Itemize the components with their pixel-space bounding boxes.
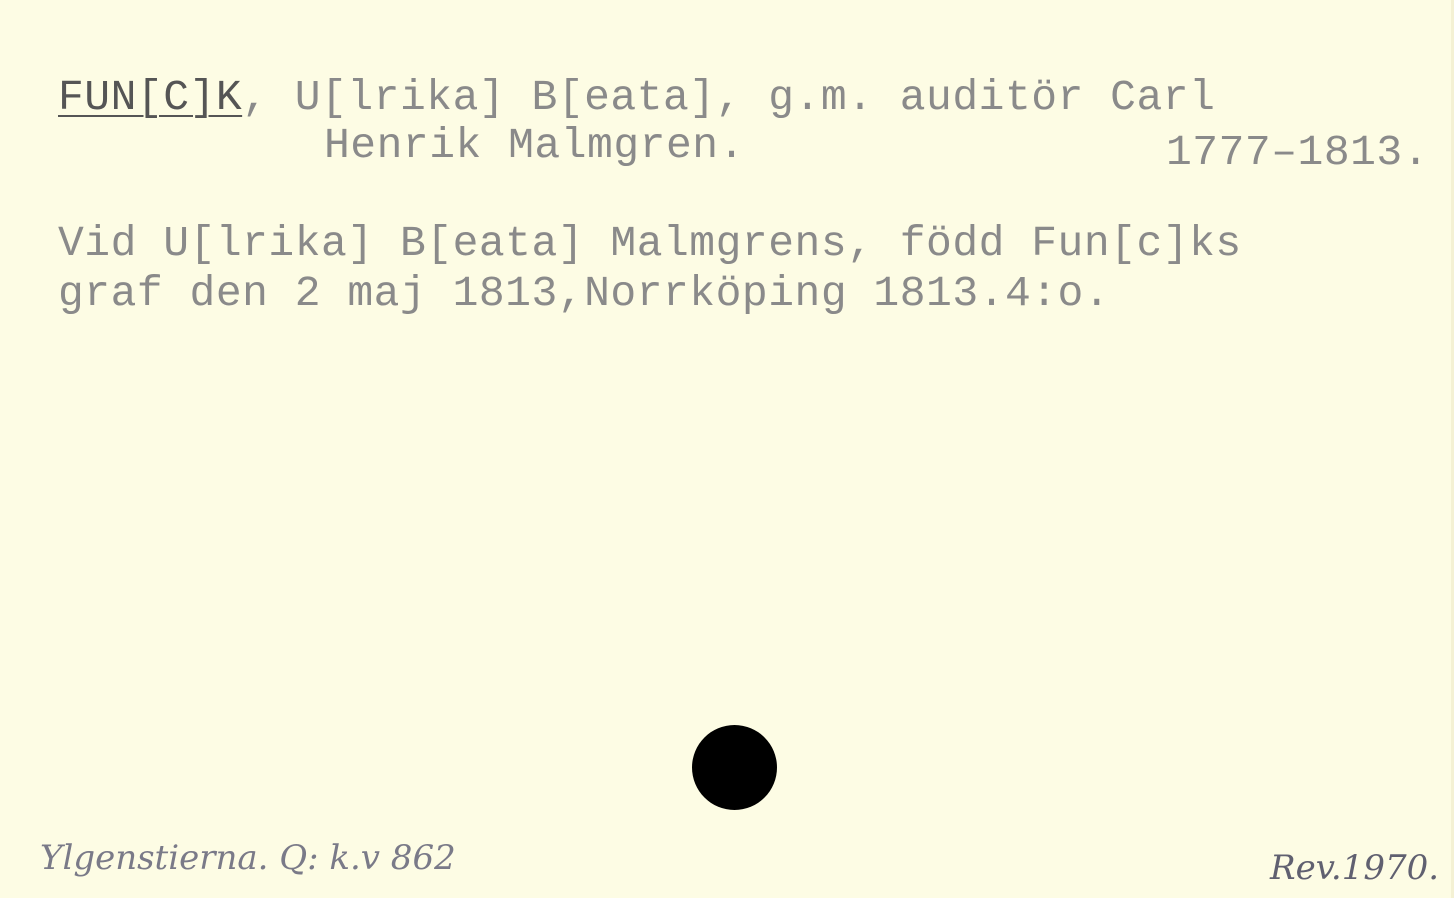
punch-hole (692, 725, 777, 810)
surname: FUN[C]K (58, 73, 242, 122)
spouse-name: Henrik Malmgren. (324, 121, 745, 170)
handwritten-revision: Rev.1970. (1270, 848, 1439, 888)
body-line-1: Vid U[lrika] B[eata] Malmgrens, född Fun… (58, 222, 1242, 265)
life-dates: 1777–1813. (1166, 131, 1429, 174)
catalog-card: FUN[C]K, U[lrika] B[eata], g.m. auditör … (0, 0, 1454, 898)
heading-line-2: Henrik Malmgren. (324, 124, 745, 167)
heading-given-names: , U[lrika] B[eata], g.m. auditör Carl (242, 73, 1215, 122)
handwritten-reference: Ylgenstierna. Q: k.v 862 (40, 838, 456, 878)
body-line-2: graf den 2 maj 1813,Norrköping 1813.4:o. (58, 272, 1110, 315)
heading-line-1: FUN[C]K, U[lrika] B[eata], g.m. auditör … (58, 76, 1215, 119)
